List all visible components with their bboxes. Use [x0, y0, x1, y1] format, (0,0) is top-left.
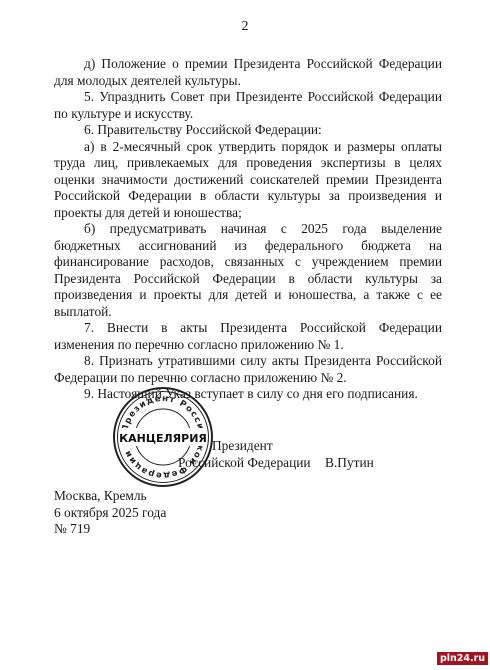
- signatory-title-line2: Российской Федерации: [178, 455, 311, 471]
- signatory-name: В.Путин: [325, 455, 374, 471]
- svg-text:КАНЦЕЛЯРИЯ: КАНЦЕЛЯРИЯ: [119, 432, 207, 445]
- signing-place: Москва, Кремль: [54, 488, 166, 505]
- paragraph-6: 6. Правительству Российской Федерации:: [54, 122, 442, 139]
- stamp-seal-icon: Президент Российской Федерации · 5 · КАН…: [112, 386, 214, 488]
- decree-body: д) Положение о премии Президента Российс…: [54, 56, 442, 403]
- paragraph-6a: а) в 2-месячный срок утвердить порядок и…: [54, 139, 442, 222]
- decree-number: № 719: [54, 521, 166, 538]
- paragraph-d: д) Положение о премии Президента Российс…: [54, 56, 442, 89]
- paragraph-6b: б) предусматривать начиная с 2025 года в…: [54, 221, 442, 320]
- paragraph-5: 5. Упразднить Совет при Президенте Росси…: [54, 89, 442, 122]
- signatory-title-line1: Президент: [212, 438, 273, 454]
- paragraph-7: 7. Внести в акты Президента Российской Ф…: [54, 320, 442, 353]
- page-number: 2: [0, 19, 490, 35]
- signing-date: 6 октября 2025 года: [54, 505, 166, 522]
- decree-footer: Москва, Кремль 6 октября 2025 года № 719: [54, 488, 166, 538]
- site-watermark: pln24.ru: [437, 652, 488, 665]
- paragraph-8: 8. Признать утратившими силу акты Презид…: [54, 353, 442, 386]
- chancellery-stamp: Президент Российской Федерации · 5 · КАН…: [112, 386, 214, 488]
